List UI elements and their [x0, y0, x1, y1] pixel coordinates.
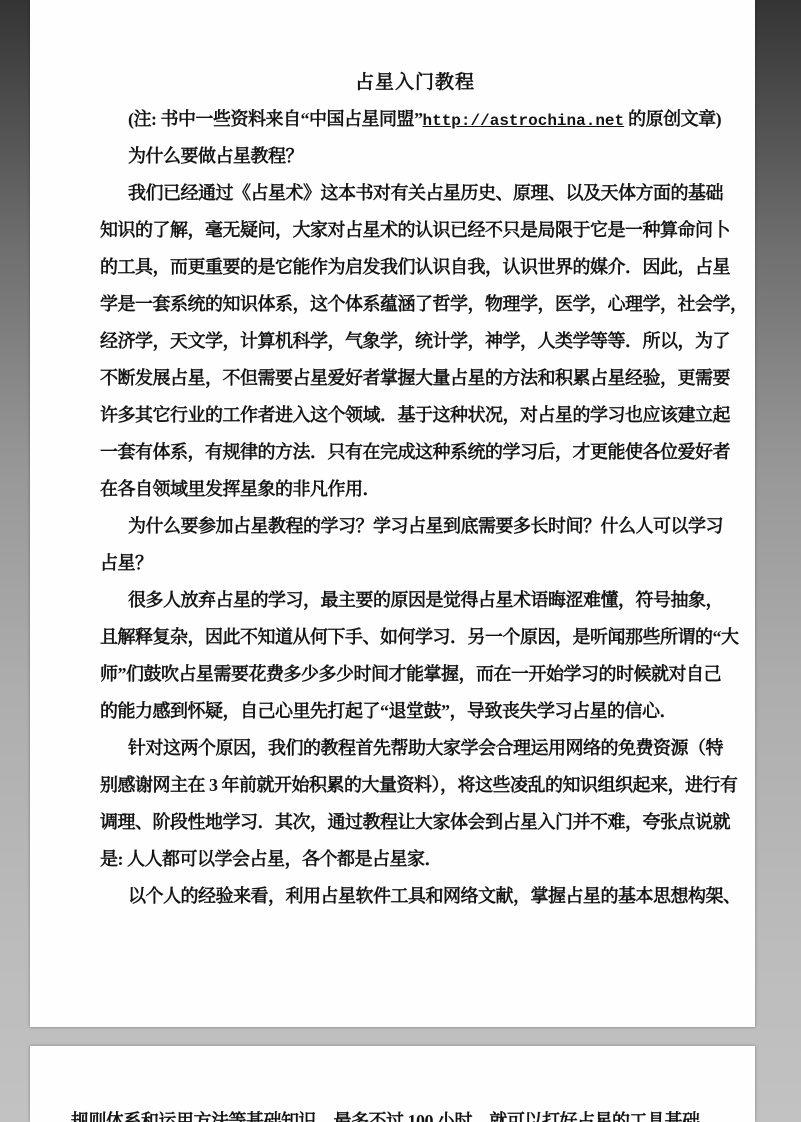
astrochina-link[interactable]: http://astrochina.net: [423, 112, 625, 130]
text-line: 为什么要做占星教程？: [100, 138, 730, 175]
text-line: 针对这两个原因，我们的教程首先帮助大家学会合理运用网络的免费资源（特: [100, 730, 730, 767]
text-line: 不断发展占星，不但需要占星爱好者掌握大量占星的方法和积累占星经验，更需要: [100, 360, 730, 397]
text-line: 是: 人人都可以学会占星，各个都是占星家．: [100, 841, 730, 878]
text-line-clipped: 规则体系和运用方法等基础知识，最多不过 100 小时，就可以打好占星的工具基础: [71, 1112, 700, 1122]
text-line: 学是一套系统的知识体系，这个体系蕴涵了哲学，物理学，医学，心理学，社会学，: [100, 286, 730, 323]
text-line: 知识的了解，毫无疑问，大家对占星术的认识已经不只是局限于它是一种算命问卜: [100, 212, 730, 249]
text-line: 很多人放弃占星的学习，最主要的原因是觉得占星术语晦涩难懂，符号抽象，: [100, 582, 730, 619]
document-page-2: 规则体系和运用方法等基础知识，最多不过 100 小时，就可以打好占星的工具基础: [30, 1046, 755, 1122]
text-line: 且解释复杂，因此不知道从何下手、如何学习．另一个原因，是听闻那些所谓的“大: [100, 619, 730, 656]
document-viewer-background: 占星入门教程 (注: 书中一些资料来自“中国占星同盟”http://astroc…: [0, 0, 801, 1122]
text-line: 调理、阶段性地学习．其次，通过教程让大家体会到占星入门并不难，夸张点说就: [100, 804, 730, 841]
text-line: 为什么要参加占星教程的学习？学习占星到底需要多长时间？什么人可以学习: [100, 508, 730, 545]
page-separator: [0, 1027, 801, 1046]
text-line: 别感谢网主在 3 年前就开始积累的大量资料），将这些凌乱的知识组织起来，进行有: [100, 767, 730, 804]
note-suffix: 的原创文章): [624, 109, 721, 129]
body-text-lines: 为什么要做占星教程？我们已经通过《占星术》这本书对有关占星历史、原理、以及天体方…: [100, 138, 730, 915]
text-line: 占星？: [100, 545, 730, 582]
text-line: 以个人的经验来看，利用占星软件工具和网络文献，掌握占星的基本思想构架、: [100, 878, 730, 915]
text-line: 师”们鼓吹占星需要花费多少多少时间才能掌握，而在一开始学习的时候就对自己: [100, 656, 730, 693]
text-line: 的工具，而更重要的是它能作为启发我们认识自我，认识世界的媒介．因此，占星: [100, 249, 730, 286]
note-prefix: (注: 书中一些资料来自“中国占星同盟”: [128, 109, 423, 129]
document-title: 占星入门教程: [100, 64, 730, 101]
document-page-1: 占星入门教程 (注: 书中一些资料来自“中国占星同盟”http://astroc…: [30, 0, 755, 1027]
text-line: 许多其它行业的工作者进入这个领域．基于这种状况，对占星的学习也应该建立起: [100, 397, 730, 434]
text-line: 的能力感到怀疑，自己心里先打起了“退堂鼓”，导致丧失学习占星的信心．: [100, 693, 730, 730]
text-line: 在各自领域里发挥星象的非凡作用．: [100, 471, 730, 508]
text-line: 我们已经通过《占星术》这本书对有关占星历史、原理、以及天体方面的基础: [100, 175, 730, 212]
page-1-content: 占星入门教程 (注: 书中一些资料来自“中国占星同盟”http://astroc…: [100, 64, 730, 915]
text-line: 经济学，天文学，计算机科学，气象学，统计学，神学，人类学等等．所以，为了: [100, 323, 730, 360]
note-line: (注: 书中一些资料来自“中国占星同盟”http://astrochina.ne…: [100, 101, 730, 138]
text-line: 一套有体系，有规律的方法．只有在完成这种系统的学习后，才更能使各位爱好者: [100, 434, 730, 471]
